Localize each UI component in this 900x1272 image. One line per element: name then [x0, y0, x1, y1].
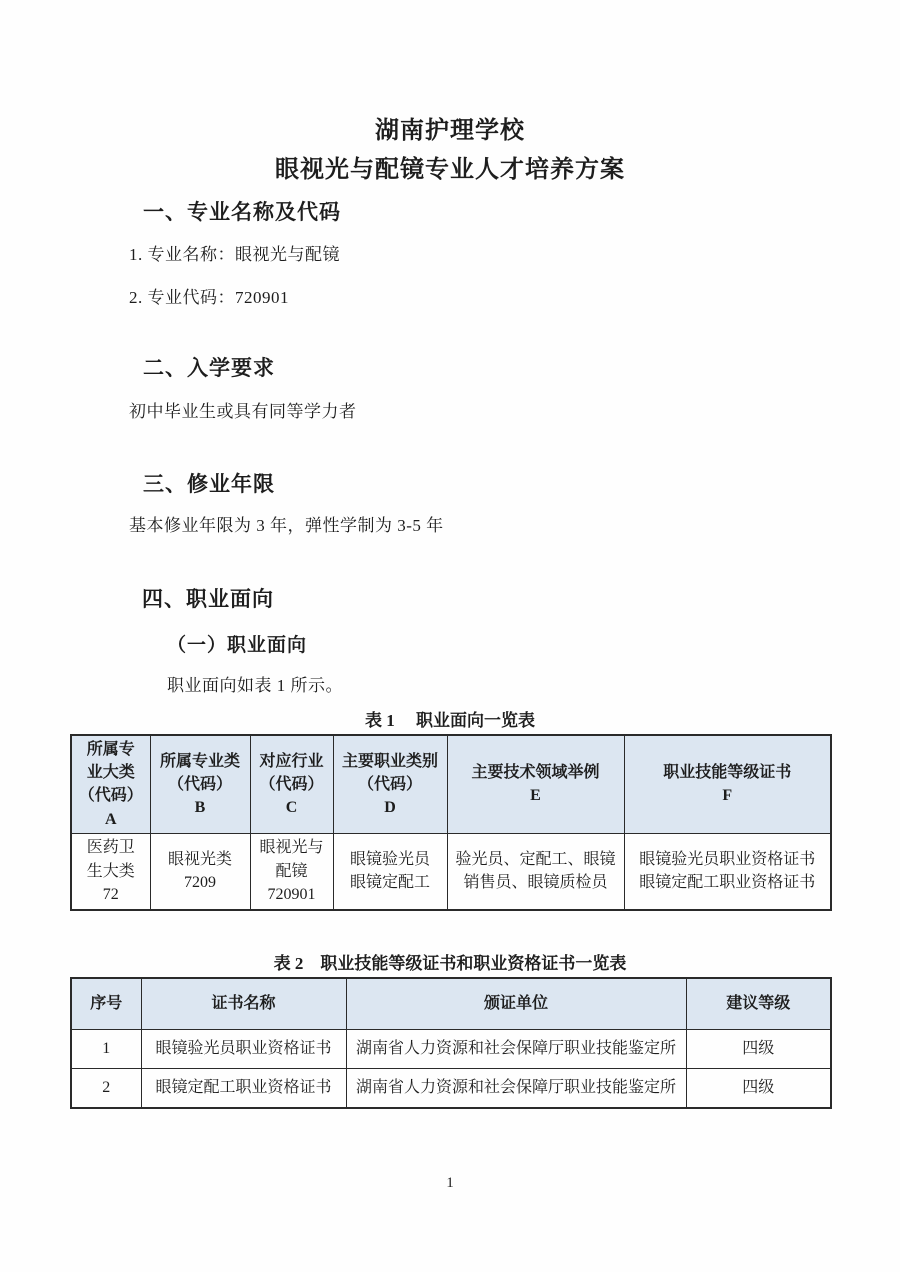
certificate-list-table: 序号 证书名称 颁证单位 建议等级 1 眼镜验光员职业资格证书 湖南省人力资源和… [70, 977, 832, 1109]
table2-row2-level: 四级 [686, 1069, 831, 1109]
table1-header-certificates: 职业技能等级证书 F [624, 735, 831, 833]
page-number: 1 [0, 1175, 900, 1192]
table2-row1-index: 1 [71, 1030, 141, 1069]
table2-header-cert-name: 证书名称 [141, 978, 346, 1030]
section-3-heading: 三、修业年限 [143, 468, 275, 498]
table1-header-major-category: 所属专 业大类 （代码） A [71, 735, 150, 833]
section-1-paragraph-2: 2. 专业代码：720901 [129, 283, 289, 308]
table2-row2-cert-name: 眼镜定配工职业资格证书 [141, 1069, 346, 1109]
table1-cell-tech-field: 验光员、定配工、眼镜 销售员、眼镜质检员 [447, 833, 624, 910]
section-2-heading: 二、入学要求 [143, 352, 275, 382]
table2-row2-index: 2 [71, 1069, 141, 1109]
table1-cell-major-category: 医药卫 生大类 72 [71, 833, 150, 910]
section-1-heading: 一、专业名称及代码 [143, 196, 341, 226]
doc-title-line1: 湖南护理学校 [0, 110, 900, 145]
table2-data-row-1: 1 眼镜验光员职业资格证书 湖南省人力资源和社会保障厅职业技能鉴定所 四级 [71, 1030, 831, 1069]
table1-header-industry: 对应行业 （代码） C [250, 735, 333, 833]
section-2-paragraph: 初中毕业生或具有同等学力者 [129, 397, 357, 422]
section-4-paragraph: 职业面向如表 1 所示。 [167, 671, 343, 696]
table2-header-issuer: 颁证单位 [346, 978, 686, 1030]
section-4-subheading: （一）职业面向 [167, 630, 307, 657]
section-1-paragraph-1: 1. 专业名称：眼视光与配镜 [129, 240, 340, 265]
table1-cell-certificates: 眼镜验光员职业资格证书 眼镜定配工职业资格证书 [624, 833, 831, 910]
table2-row1-cert-name: 眼镜验光员职业资格证书 [141, 1030, 346, 1069]
table1-caption: 表 1 职业面向一览表 [0, 706, 900, 731]
table1-cell-major-class: 眼视光类 7209 [150, 833, 250, 910]
table1-data-row: 医药卫 生大类 72 眼视光类 7209 眼视光与 配镜 720901 眼镜验光… [71, 833, 831, 910]
table1-cell-occupation-class: 眼镜验光员 眼镜定配工 [333, 833, 447, 910]
doc-title-line2: 眼视光与配镜专业人才培养方案 [0, 149, 900, 184]
table1-header-occupation-class: 主要职业类别 （代码） D [333, 735, 447, 833]
table1-header-row: 所属专 业大类 （代码） A 所属专业类 （代码） B 对应行业 （代码） C … [71, 735, 831, 833]
table2-row1-issuer: 湖南省人力资源和社会保障厅职业技能鉴定所 [346, 1030, 686, 1069]
table2-header-index: 序号 [71, 978, 141, 1030]
table2-row2-issuer: 湖南省人力资源和社会保障厅职业技能鉴定所 [346, 1069, 686, 1109]
table2-data-row-2: 2 眼镜定配工职业资格证书 湖南省人力资源和社会保障厅职业技能鉴定所 四级 [71, 1069, 831, 1109]
table1-header-major-class: 所属专业类 （代码） B [150, 735, 250, 833]
document-page: 湖南护理学校 眼视光与配镜专业人才培养方案 一、专业名称及代码 1. 专业名称：… [0, 0, 900, 1272]
table1-cell-industry: 眼视光与 配镜 720901 [250, 833, 333, 910]
career-orientation-table: 所属专 业大类 （代码） A 所属专业类 （代码） B 对应行业 （代码） C … [70, 734, 832, 911]
section-3-paragraph: 基本修业年限为 3 年，弹性学制为 3-5 年 [129, 511, 444, 536]
table2-row1-level: 四级 [686, 1030, 831, 1069]
section-4-heading: 四、职业面向 [142, 583, 274, 613]
table2-header-row: 序号 证书名称 颁证单位 建议等级 [71, 978, 831, 1030]
table2-header-level: 建议等级 [686, 978, 831, 1030]
table2-caption: 表 2 职业技能等级证书和职业资格证书一览表 [0, 949, 900, 974]
table1-header-tech-field: 主要技术领域举例 E [447, 735, 624, 833]
